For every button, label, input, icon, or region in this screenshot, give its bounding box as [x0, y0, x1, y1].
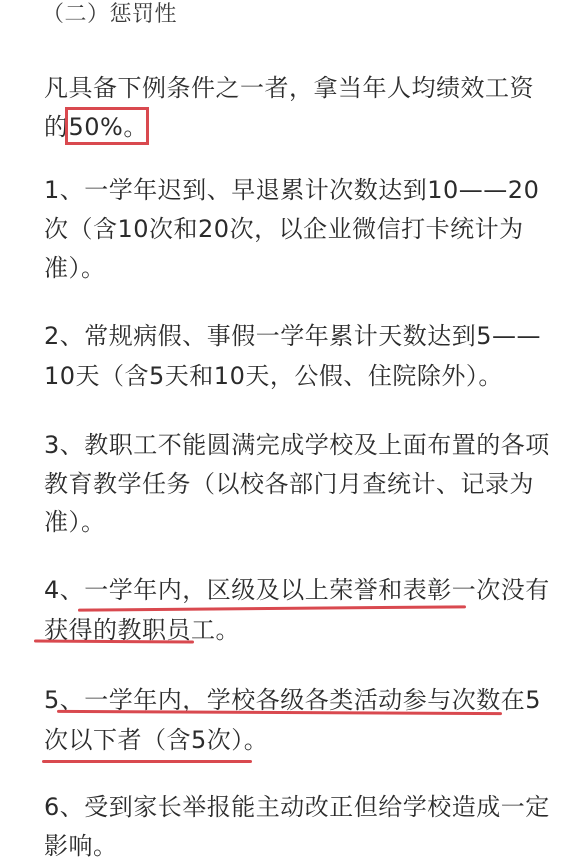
item-3-line-2: 教育教学任务（以校各部门月查统计、记录为 — [44, 469, 534, 499]
item-6-line-2: 影响。 — [44, 831, 118, 861]
item-4-line-1: 4、一学年内，区级及以上荣誉和表彰一次没有 — [44, 575, 550, 605]
red-underline-item-5-b — [42, 760, 252, 763]
item-2-line-1: 2、常规病假、事假一学年累计天数达到5—— — [44, 321, 541, 351]
item-3-line-3: 准）。 — [44, 507, 106, 537]
item-3-line-1: 3、教职工不能圆满完成学校及上面布置的各项 — [44, 430, 550, 460]
item-1-line-2: 次（含10次和20次，以企业微信打卡统计为 — [44, 214, 524, 244]
section-title: （二）惩罚性 — [42, 0, 177, 30]
item-6-line-1: 6、受到家长举报能主动改正但给学校造成一定 — [44, 792, 550, 822]
red-highlight-box — [65, 107, 149, 145]
item-1-line-3: 准）。 — [44, 253, 106, 283]
item-2-line-2: 10天（含5天和10天，公假、住院除外）。 — [44, 361, 503, 391]
item-5-line-2: 次以下者（含5次）。 — [44, 725, 268, 755]
red-underline-item-4-a — [78, 605, 466, 611]
intro-line-1: 凡具备下例条件之一者，拿当年人均绩效工资 — [44, 73, 534, 103]
item-1-line-1: 1、一学年迟到、早退累计次数达到10——20 — [44, 175, 539, 205]
